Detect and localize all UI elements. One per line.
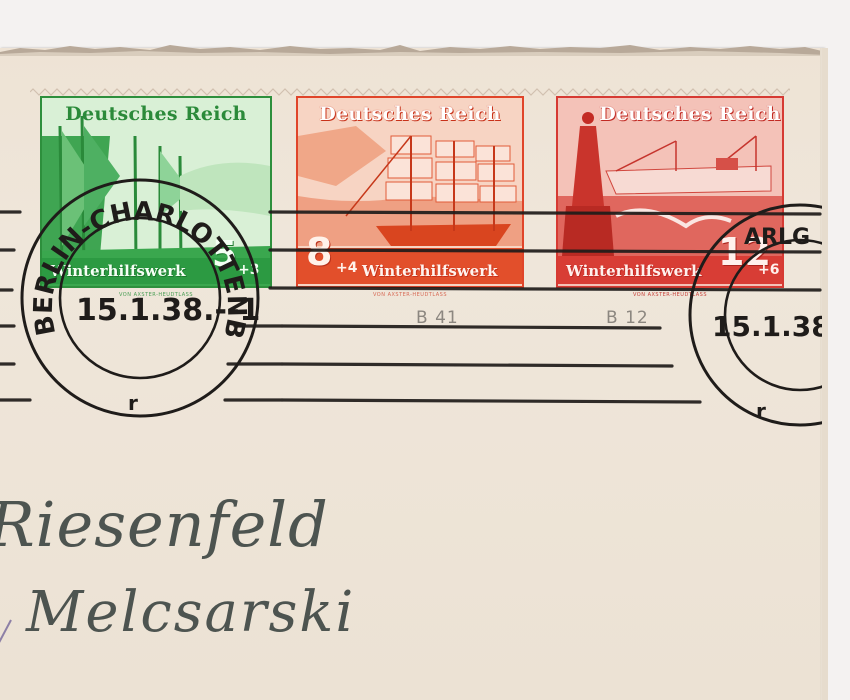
stamp-series: Winterhilfswerk [50,262,186,280]
torn-top-edge [0,42,826,56]
stamp-country: Deutsches Reich [296,103,524,125]
address-line-1: Riesenfeld [0,488,329,561]
stamp-imprint: VON AXSTER-HEUDTLASS [296,292,524,298]
stamp-imprint: VON AXSTER-HEUDTLASS [40,292,272,298]
address-line-2: Melcsarski [26,580,355,645]
envelope-right-edge [820,48,828,700]
perforation-row [30,88,790,96]
pencil-note-b12: B 12 [606,308,649,328]
stamp-face-value: 8 [306,230,332,274]
stamp-series: Winterhilfswerk [566,262,702,280]
stamp-country: Deutsches Reich [556,103,784,125]
stamp-series: Winterhilfswerk [362,262,498,280]
stamp-surcharge: +3 [238,262,259,278]
stamp-surcharge: +6 [758,262,779,278]
stamp-12-plus-6: Deutsches Reich Winterhilfswerk 12 +6 VO… [556,96,784,288]
pencil-note-b41: B 41 [416,308,459,328]
stamp-face-value: 5 [212,234,237,275]
stamp-imprint: VON AXSTER-HEUDTLASS [556,292,784,298]
stamp-country: Deutsches Reich [40,103,272,125]
stamp-8-plus-4: Deutsches Reich 8 +4 Winterhilfswerk VON… [296,96,524,288]
stamp-5-plus-3: Deutsches Reich Winterhilfswerk 5 +3 VON… [40,96,272,288]
stamp-surcharge: +4 [336,260,357,276]
